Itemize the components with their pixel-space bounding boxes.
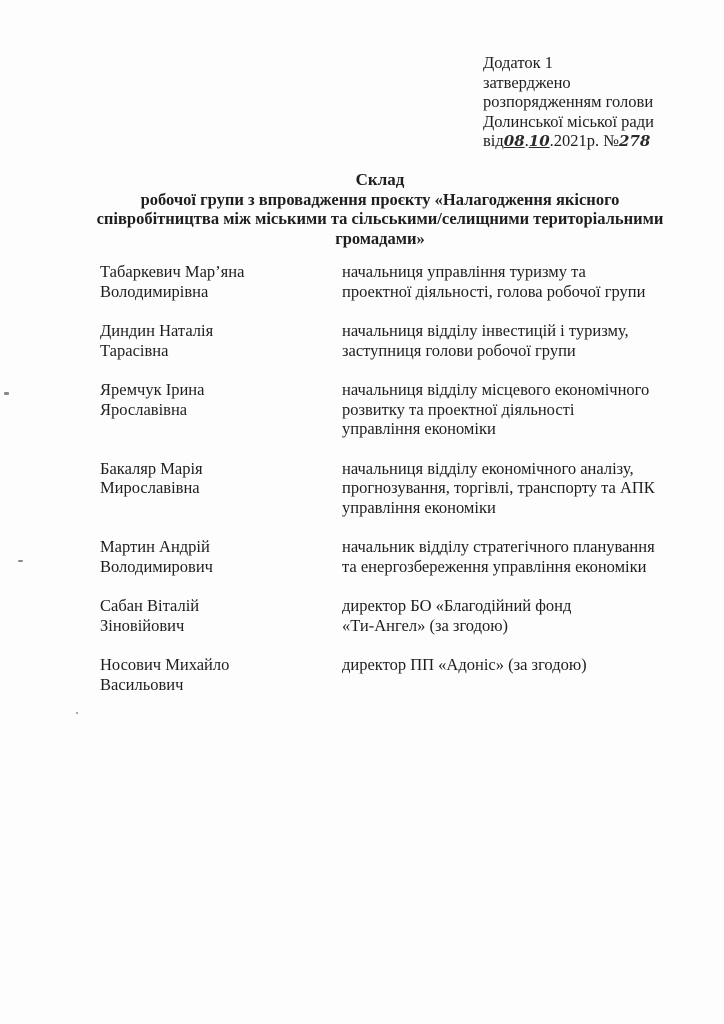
approval-stamp: Додаток 1 затверджено розпорядженням гол… (483, 53, 654, 152)
title-line-2: співробітництва між міськими та сільськи… (80, 209, 680, 229)
member-role-line: прогнозування, торгівлі, транспорту та А… (342, 478, 700, 498)
handwritten-month: 10 (529, 132, 550, 152)
appendix-label: Додаток 1 (483, 53, 654, 73)
member-role: начальниця відділу місцевого економічног… (342, 380, 700, 439)
member-role: начальниця відділу економічного аналізу,… (342, 459, 700, 518)
member-name-line: Володимирович (100, 557, 342, 577)
scan-speck (18, 560, 23, 562)
title-line-3: громадами» (80, 229, 680, 249)
member-name-line: Мирославівна (100, 478, 342, 498)
member-role-line: начальниця відділу місцевого економічног… (342, 380, 700, 400)
members-list: Табаркевич Мар’янаВолодимирівнаначальниц… (100, 262, 700, 714)
member-name: Мартин АндрійВолодимирович (100, 537, 342, 576)
member-name-line: Бакаляр Марія (100, 459, 342, 479)
date-year: .2021р. № (550, 131, 619, 150)
date-line: від08.10.2021р. №278 (483, 131, 654, 152)
document-title: Склад робочої групи з впровадження проєк… (80, 170, 680, 248)
council-label: Долинської міської ради (483, 112, 654, 132)
date-prefix: від (483, 131, 504, 150)
order-label: розпорядженням голови (483, 92, 654, 112)
member-role-line: проектної діяльності, голова робочої гру… (342, 282, 700, 302)
member-name-line: Яремчук Ірина (100, 380, 342, 400)
member-row: Яремчук ІринаЯрославівнаначальниця відді… (100, 380, 700, 439)
member-row: Сабан ВіталійЗіновійовичдиректор БО «Бла… (100, 596, 700, 635)
member-name: Носович МихайлоВасильович (100, 655, 342, 694)
member-role-line: директор ПП «Адоніс» (за згодою) (342, 655, 700, 675)
title-heading: Склад (80, 170, 680, 190)
member-name: Диндин НаталіяТарасівна (100, 321, 342, 360)
member-role-line: розвитку та проектної діяльності (342, 400, 700, 420)
approved-label: затверджено (483, 73, 654, 93)
member-row: Носович МихайлоВасильовичдиректор ПП «Ад… (100, 655, 700, 694)
member-row: Табаркевич Мар’янаВолодимирівнаначальниц… (100, 262, 700, 301)
member-role: директор ПП «Адоніс» (за згодою) (342, 655, 700, 694)
member-role-line: начальник відділу стратегічного плануван… (342, 537, 700, 557)
handwritten-day: 08 (504, 132, 525, 152)
member-name: Табаркевич Мар’янаВолодимирівна (100, 262, 342, 301)
member-name: Яремчук ІринаЯрославівна (100, 380, 342, 439)
member-name-line: Володимирівна (100, 282, 342, 302)
member-name-line: Васильович (100, 675, 342, 695)
handwritten-order-number: 278 (619, 132, 650, 152)
member-role-line: начальниця відділу економічного аналізу, (342, 459, 700, 479)
document-page: Додаток 1 затверджено розпорядженням гол… (0, 0, 724, 1024)
member-role-line: та енергозбереження управління економіки (342, 557, 700, 577)
title-line-1: робочої групи з впровадження проєкту «На… (80, 190, 680, 210)
scan-speck (76, 712, 78, 714)
member-name: Сабан ВіталійЗіновійович (100, 596, 342, 635)
member-row: Мартин АндрійВолодимировичначальник відд… (100, 537, 700, 576)
member-row: Бакаляр МаріяМирославівнаначальниця відд… (100, 459, 700, 518)
member-role-line: управління економіки (342, 419, 700, 439)
member-name-line: Ярославівна (100, 400, 342, 420)
member-name-line: Табаркевич Мар’яна (100, 262, 342, 282)
member-role-line: начальниця управління туризму та (342, 262, 700, 282)
member-name: Бакаляр МаріяМирославівна (100, 459, 342, 518)
member-role-line: директор БО «Благодійний фонд (342, 596, 700, 616)
scan-speck (4, 392, 9, 395)
member-role: начальниця управління туризму тапроектно… (342, 262, 700, 301)
member-role-line: управління економіки (342, 498, 700, 518)
member-role-line: «Ти-Ангел» (за згодою) (342, 616, 700, 636)
member-name-line: Носович Михайло (100, 655, 342, 675)
member-role: начальник відділу стратегічного плануван… (342, 537, 700, 576)
member-name-line: Мартин Андрій (100, 537, 342, 557)
member-role: директор БО «Благодійний фонд«Ти-Ангел» … (342, 596, 700, 635)
member-name-line: Диндин Наталія (100, 321, 342, 341)
member-role: начальниця відділу інвестицій і туризму,… (342, 321, 700, 360)
member-role-line: заступниця голови робочої групи (342, 341, 700, 361)
member-row: Диндин НаталіяТарасівнаначальниця відділ… (100, 321, 700, 360)
member-name-line: Тарасівна (100, 341, 342, 361)
member-role-line: начальниця відділу інвестицій і туризму, (342, 321, 700, 341)
member-name-line: Зіновійович (100, 616, 342, 636)
member-name-line: Сабан Віталій (100, 596, 342, 616)
